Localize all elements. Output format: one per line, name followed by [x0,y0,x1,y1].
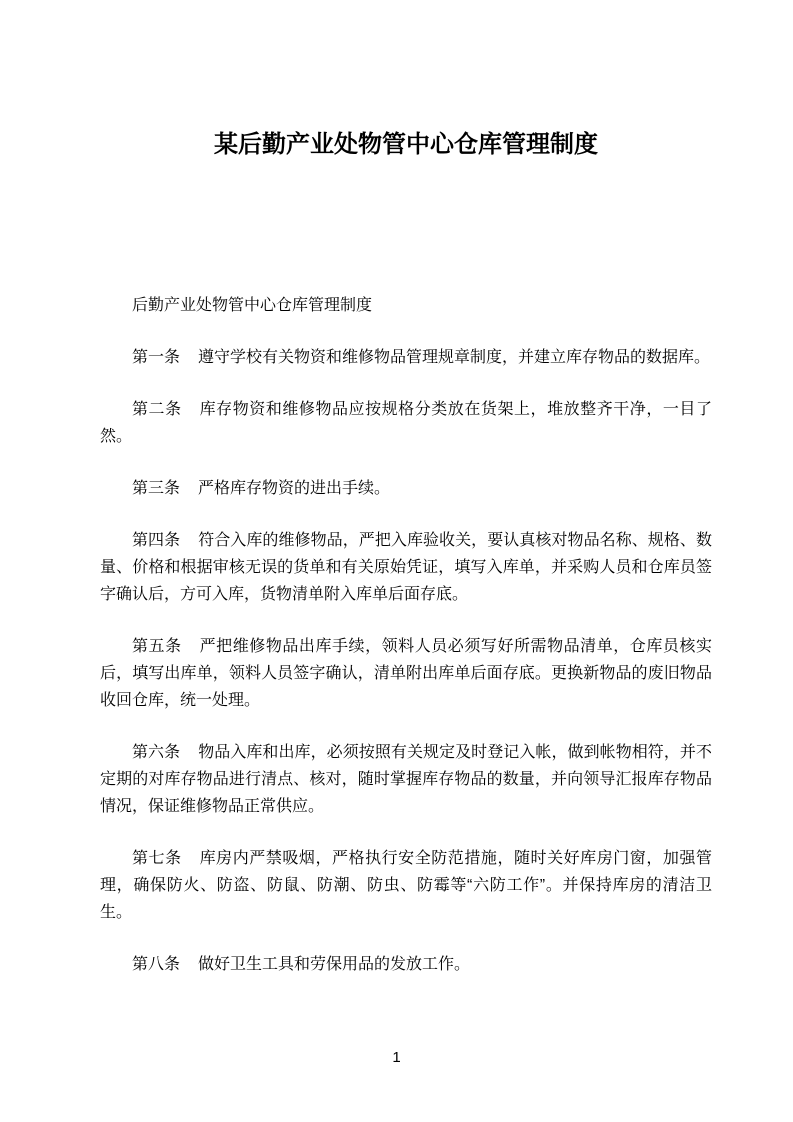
article-2-text: 库存物资和维修物品应按规格分类放在货架上，堆放整齐干净，一目了然。 [100,401,712,445]
article-6-text: 物品入库和出库，必须按照有关规定及时登记入帐，做到帐物相符，并不定期的对库存物品… [100,744,712,815]
article-1: 第一条遵守学校有关物资和维修物品管理规章制度，并建立库存物品的数据库。 [100,344,712,371]
article-4-label: 第四条 [132,532,180,549]
article-4: 第四条符合入库的维修物品，严把入库验收关，要认真核对物品名称、规格、数量、价格和… [100,527,712,608]
article-5-text: 严把维修物品出库手续，领料人员必须写好所需物品清单，仓库员核实后，填写出库单，领… [100,638,712,709]
article-3-text: 严格库存物资的进出手续。 [198,480,390,497]
article-8: 第八条做好卫生工具和劳保用品的发放工作。 [100,951,712,978]
article-1-text: 遵守学校有关物资和维修物品管理规章制度，并建立库存物品的数据库。 [198,349,710,366]
article-7-text: 库房内严禁吸烟，严格执行安全防范措施，随时关好库房门窗，加强管理，确保防火、防盗… [100,850,712,921]
article-8-label: 第八条 [132,956,180,973]
article-8-text: 做好卫生工具和劳保用品的发放工作。 [198,956,470,973]
article-3-label: 第三条 [132,480,180,497]
article-1-label: 第一条 [132,349,180,366]
article-7: 第七条库房内严禁吸烟，严格执行安全防范措施，随时关好库房门窗，加强管理，确保防火… [100,845,712,926]
article-2-label: 第二条 [132,401,182,418]
article-2: 第二条库存物资和维修物品应按规格分类放在货架上，堆放整齐干净，一目了然。 [100,396,712,450]
article-5-label: 第五条 [132,638,182,655]
article-3: 第三条严格库存物资的进出手续。 [100,475,712,502]
article-5: 第五条严把维修物品出库手续，领料人员必须写好所需物品清单，仓库员核实后，填写出库… [100,633,712,714]
article-4-text: 符合入库的维修物品，严把入库验收关，要认真核对物品名称、规格、数量、价格和根据审… [100,532,712,603]
article-6: 第六条物品入库和出库，必须按照有关规定及时登记入帐，做到帐物相符，并不定期的对库… [100,739,712,820]
article-6-label: 第六条 [132,744,180,761]
document-page: 某后勤产业处物管中心仓库管理制度 后勤产业处物管中心仓库管理制度 第一条遵守学校… [0,0,793,1122]
page-number: 1 [0,1048,793,1068]
article-7-label: 第七条 [132,850,182,867]
document-subtitle: 后勤产业处物管中心仓库管理制度 [100,292,712,319]
document-title: 某后勤产业处物管中心仓库管理制度 [100,0,712,162]
